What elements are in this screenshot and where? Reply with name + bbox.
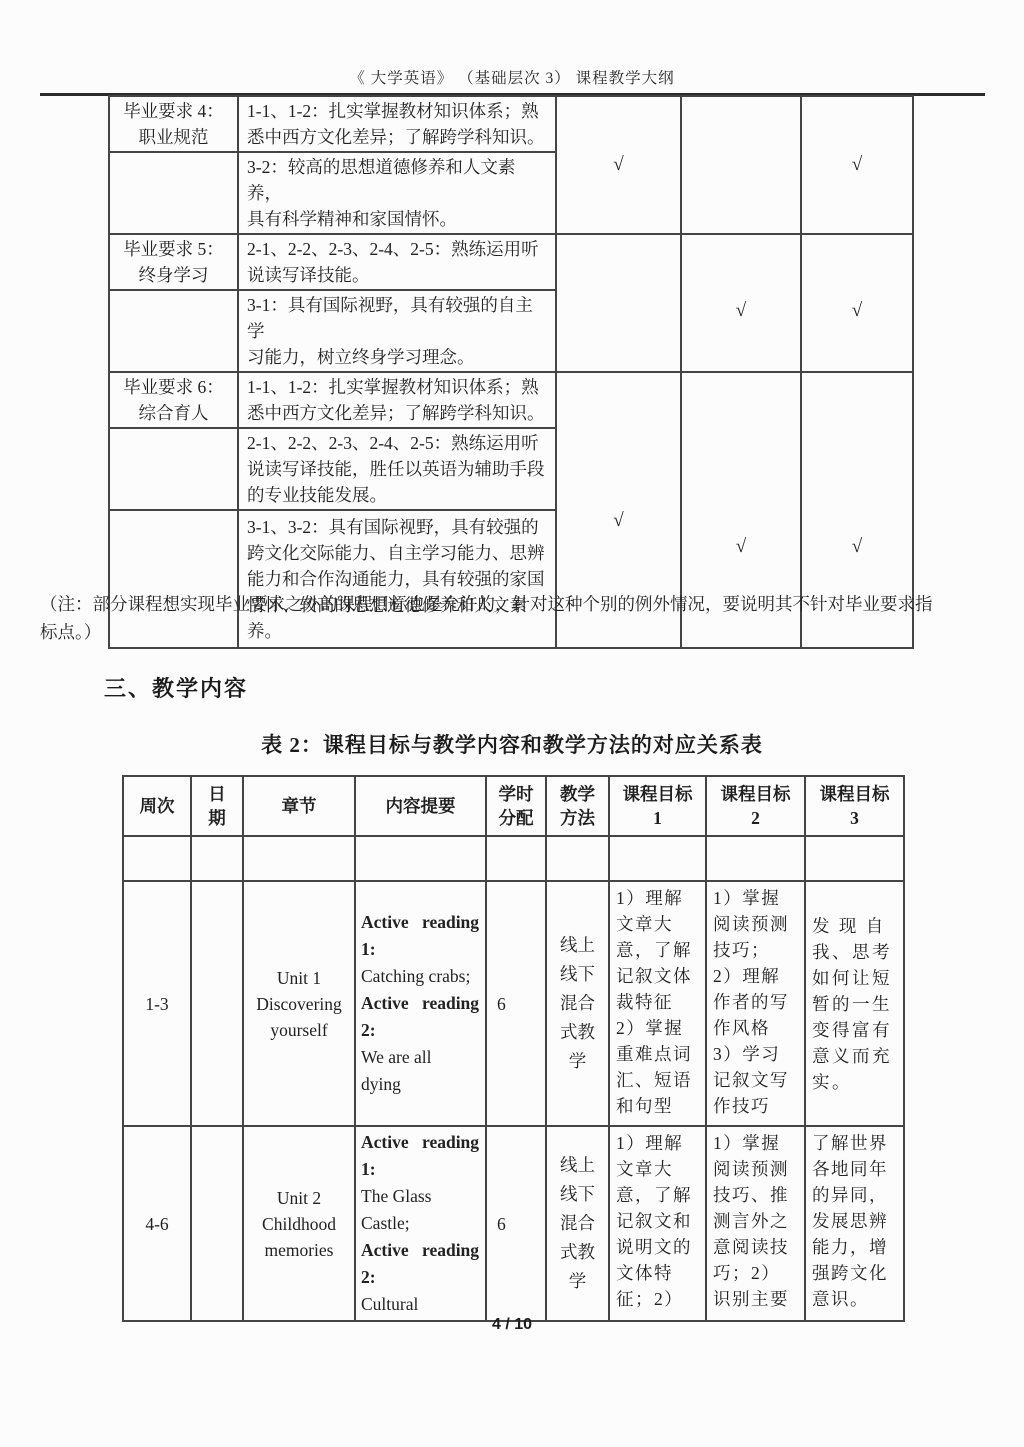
table-row: 毕业要求 5： 终身学习 2-1、2-2、2-3、2-4、2-5：熟练运用听 说… <box>109 234 913 290</box>
summary-cell: Active reading1:Catching crabs;Active re… <box>355 881 486 1126</box>
objective2-mark: √ <box>681 234 801 372</box>
objective1-cell: 1）理解 文章大 意，了解 记叙文体 裁特征 2）掌握 重难点词 汇、短语 和句… <box>609 881 706 1126</box>
objective1-mark <box>556 234 681 372</box>
chapter-cell: Unit 1 Discovering yourself <box>243 881 355 1126</box>
empty-cell <box>109 152 238 234</box>
chapter-cell: Unit 2 Childhood memories <box>243 1126 355 1321</box>
method-cell: 线上 线下 混合 式教 学 <box>546 1126 609 1321</box>
req-group-6-name: 毕业要求 6： 综合育人 <box>109 372 238 428</box>
req-indicator-text: 1-1、1-2：扎实掌握教材知识体系；熟 悉中西方文化差异；了解跨学科知识。 <box>238 96 556 152</box>
week-cell: 1-3 <box>123 881 191 1126</box>
req-group-5-name: 毕业要求 5： 终身学习 <box>109 234 238 290</box>
document-page: 《 大学英语》 （基础层次 3） 课程教学大纲 毕业要求 4： 职业规范 1-1… <box>0 0 1024 1447</box>
summary-line: 2: <box>361 1264 480 1291</box>
summary-line: 1: <box>361 936 480 963</box>
schedule-row-unit2: 4-6 Unit 2 Childhood memories Active rea… <box>123 1126 904 1321</box>
summary-cell: Active reading1:The GlassCastle;Active r… <box>355 1126 486 1321</box>
schedule-header-row: 周次 日 期 章节 内容提要 学时 分配 教学 方法 课程目标 1 课程目标 2… <box>123 776 904 836</box>
summary-line: Cultural <box>361 1291 480 1318</box>
req-group-4-name: 毕业要求 4： 职业规范 <box>109 96 238 152</box>
empty-cell <box>805 836 904 881</box>
req-indicator-text: 3-1：具有国际视野，具有较强的自主学 习能力，树立终身学习理念。 <box>238 290 556 372</box>
empty-cell <box>109 290 238 372</box>
summary-line: The Glass <box>361 1183 480 1210</box>
schedule-row-unit1: 1-3 Unit 1 Discovering yourself Active r… <box>123 881 904 1126</box>
empty-cell <box>123 836 191 881</box>
objective3-cell: 发 现 自 我、思考 如何让短 暂的一生 变得富有 意义而充 实。 <box>805 881 904 1126</box>
objective3-mark: √ <box>801 234 913 372</box>
summary-line: Active reading <box>361 990 480 1017</box>
empty-cell <box>706 836 805 881</box>
col-header-method: 教学 方法 <box>546 776 609 836</box>
empty-cell <box>191 836 243 881</box>
objective1-mark: √ <box>556 96 681 234</box>
empty-cell <box>546 836 609 881</box>
col-header-objective1: 课程目标 1 <box>609 776 706 836</box>
objective3-mark: √ <box>801 96 913 234</box>
col-header-week: 周次 <box>123 776 191 836</box>
col-header-objective3: 课程目标 3 <box>805 776 904 836</box>
table-row: 毕业要求 4： 职业规范 1-1、1-2：扎实掌握教材知识体系；熟 悉中西方文化… <box>109 96 913 152</box>
note-text: （注：部分课程想实现毕业要求之外的课程目标也是允许的，针对这种个别的例外情况，要… <box>40 590 988 646</box>
week-cell: 4-6 <box>123 1126 191 1321</box>
col-header-objective2: 课程目标 2 <box>706 776 805 836</box>
col-header-hours: 学时 分配 <box>486 776 546 836</box>
req-indicator-text: 2-1、2-2、2-3、2-4、2-5：熟练运用听 说读写译技能，胜任以英语为辅… <box>238 428 556 510</box>
hours-cell: 6 <box>486 881 546 1126</box>
page-header-title: 《 大学英语》 （基础层次 3） 课程教学大纲 <box>0 66 1024 88</box>
req-indicator-text: 2-1、2-2、2-3、2-4、2-5：熟练运用听 说读写译技能。 <box>238 234 556 290</box>
summary-line: Catching crabs; <box>361 963 480 990</box>
col-header-date: 日 期 <box>191 776 243 836</box>
empty-cell <box>355 836 486 881</box>
summary-line: We are all <box>361 1044 480 1071</box>
date-cell <box>191 881 243 1126</box>
method-cell: 线上 线下 混合 式教 学 <box>546 881 609 1126</box>
requirements-table: 毕业要求 4： 职业规范 1-1、1-2：扎实掌握教材知识体系；熟 悉中西方文化… <box>108 95 914 649</box>
empty-cell <box>486 836 546 881</box>
summary-line: 1: <box>361 1156 480 1183</box>
summary-line: 2: <box>361 1017 480 1044</box>
page-number: 4 / 10 <box>0 1316 1024 1334</box>
summary-line: Active reading <box>361 1237 480 1264</box>
col-header-chapter: 章节 <box>243 776 355 836</box>
objective2-mark <box>681 96 801 234</box>
hours-cell: 6 <box>486 1126 546 1321</box>
empty-row <box>123 836 904 881</box>
req-indicator-text: 1-1、1-2：扎实掌握教材知识体系；熟 悉中西方文化差异；了解跨学科知识。 <box>238 372 556 428</box>
date-cell <box>191 1126 243 1321</box>
empty-cell <box>109 428 238 510</box>
summary-line: Active reading <box>361 1129 480 1156</box>
table2-title: 表 2：课程目标与教学内容和教学方法的对应关系表 <box>0 729 1024 759</box>
summary-line: Castle; <box>361 1210 480 1237</box>
empty-cell <box>243 836 355 881</box>
schedule-table: 周次 日 期 章节 内容提要 学时 分配 教学 方法 课程目标 1 课程目标 2… <box>122 775 905 1322</box>
objective3-cell: 了解世界 各地同年 的异同， 发展思辨 能力，增 强跨文化 意识。 <box>805 1126 904 1321</box>
req-indicator-text: 3-2：较高的思想道德修养和人文素养， 具有科学精神和家国情怀。 <box>238 152 556 234</box>
table-row: 毕业要求 6： 综合育人 1-1、1-2：扎实掌握教材知识体系；熟 悉中西方文化… <box>109 372 913 428</box>
summary-line: dying <box>361 1071 480 1098</box>
objective1-cell: 1）理解 文章大 意，了解 记叙文和 说明文的 文体特 征；2） <box>609 1126 706 1321</box>
objective2-cell: 1）掌握 阅读预测 技巧、推 测言外之 意阅读技 巧；2） 识别主要 <box>706 1126 805 1321</box>
empty-cell <box>609 836 706 881</box>
col-header-summary: 内容提要 <box>355 776 486 836</box>
objective2-cell: 1）掌握 阅读预测 技巧； 2）理解 作者的写 作风格 3）学习 记叙文写 作技… <box>706 881 805 1126</box>
summary-line: Active reading <box>361 909 480 936</box>
section-heading: 三、教学内容 <box>104 672 248 703</box>
